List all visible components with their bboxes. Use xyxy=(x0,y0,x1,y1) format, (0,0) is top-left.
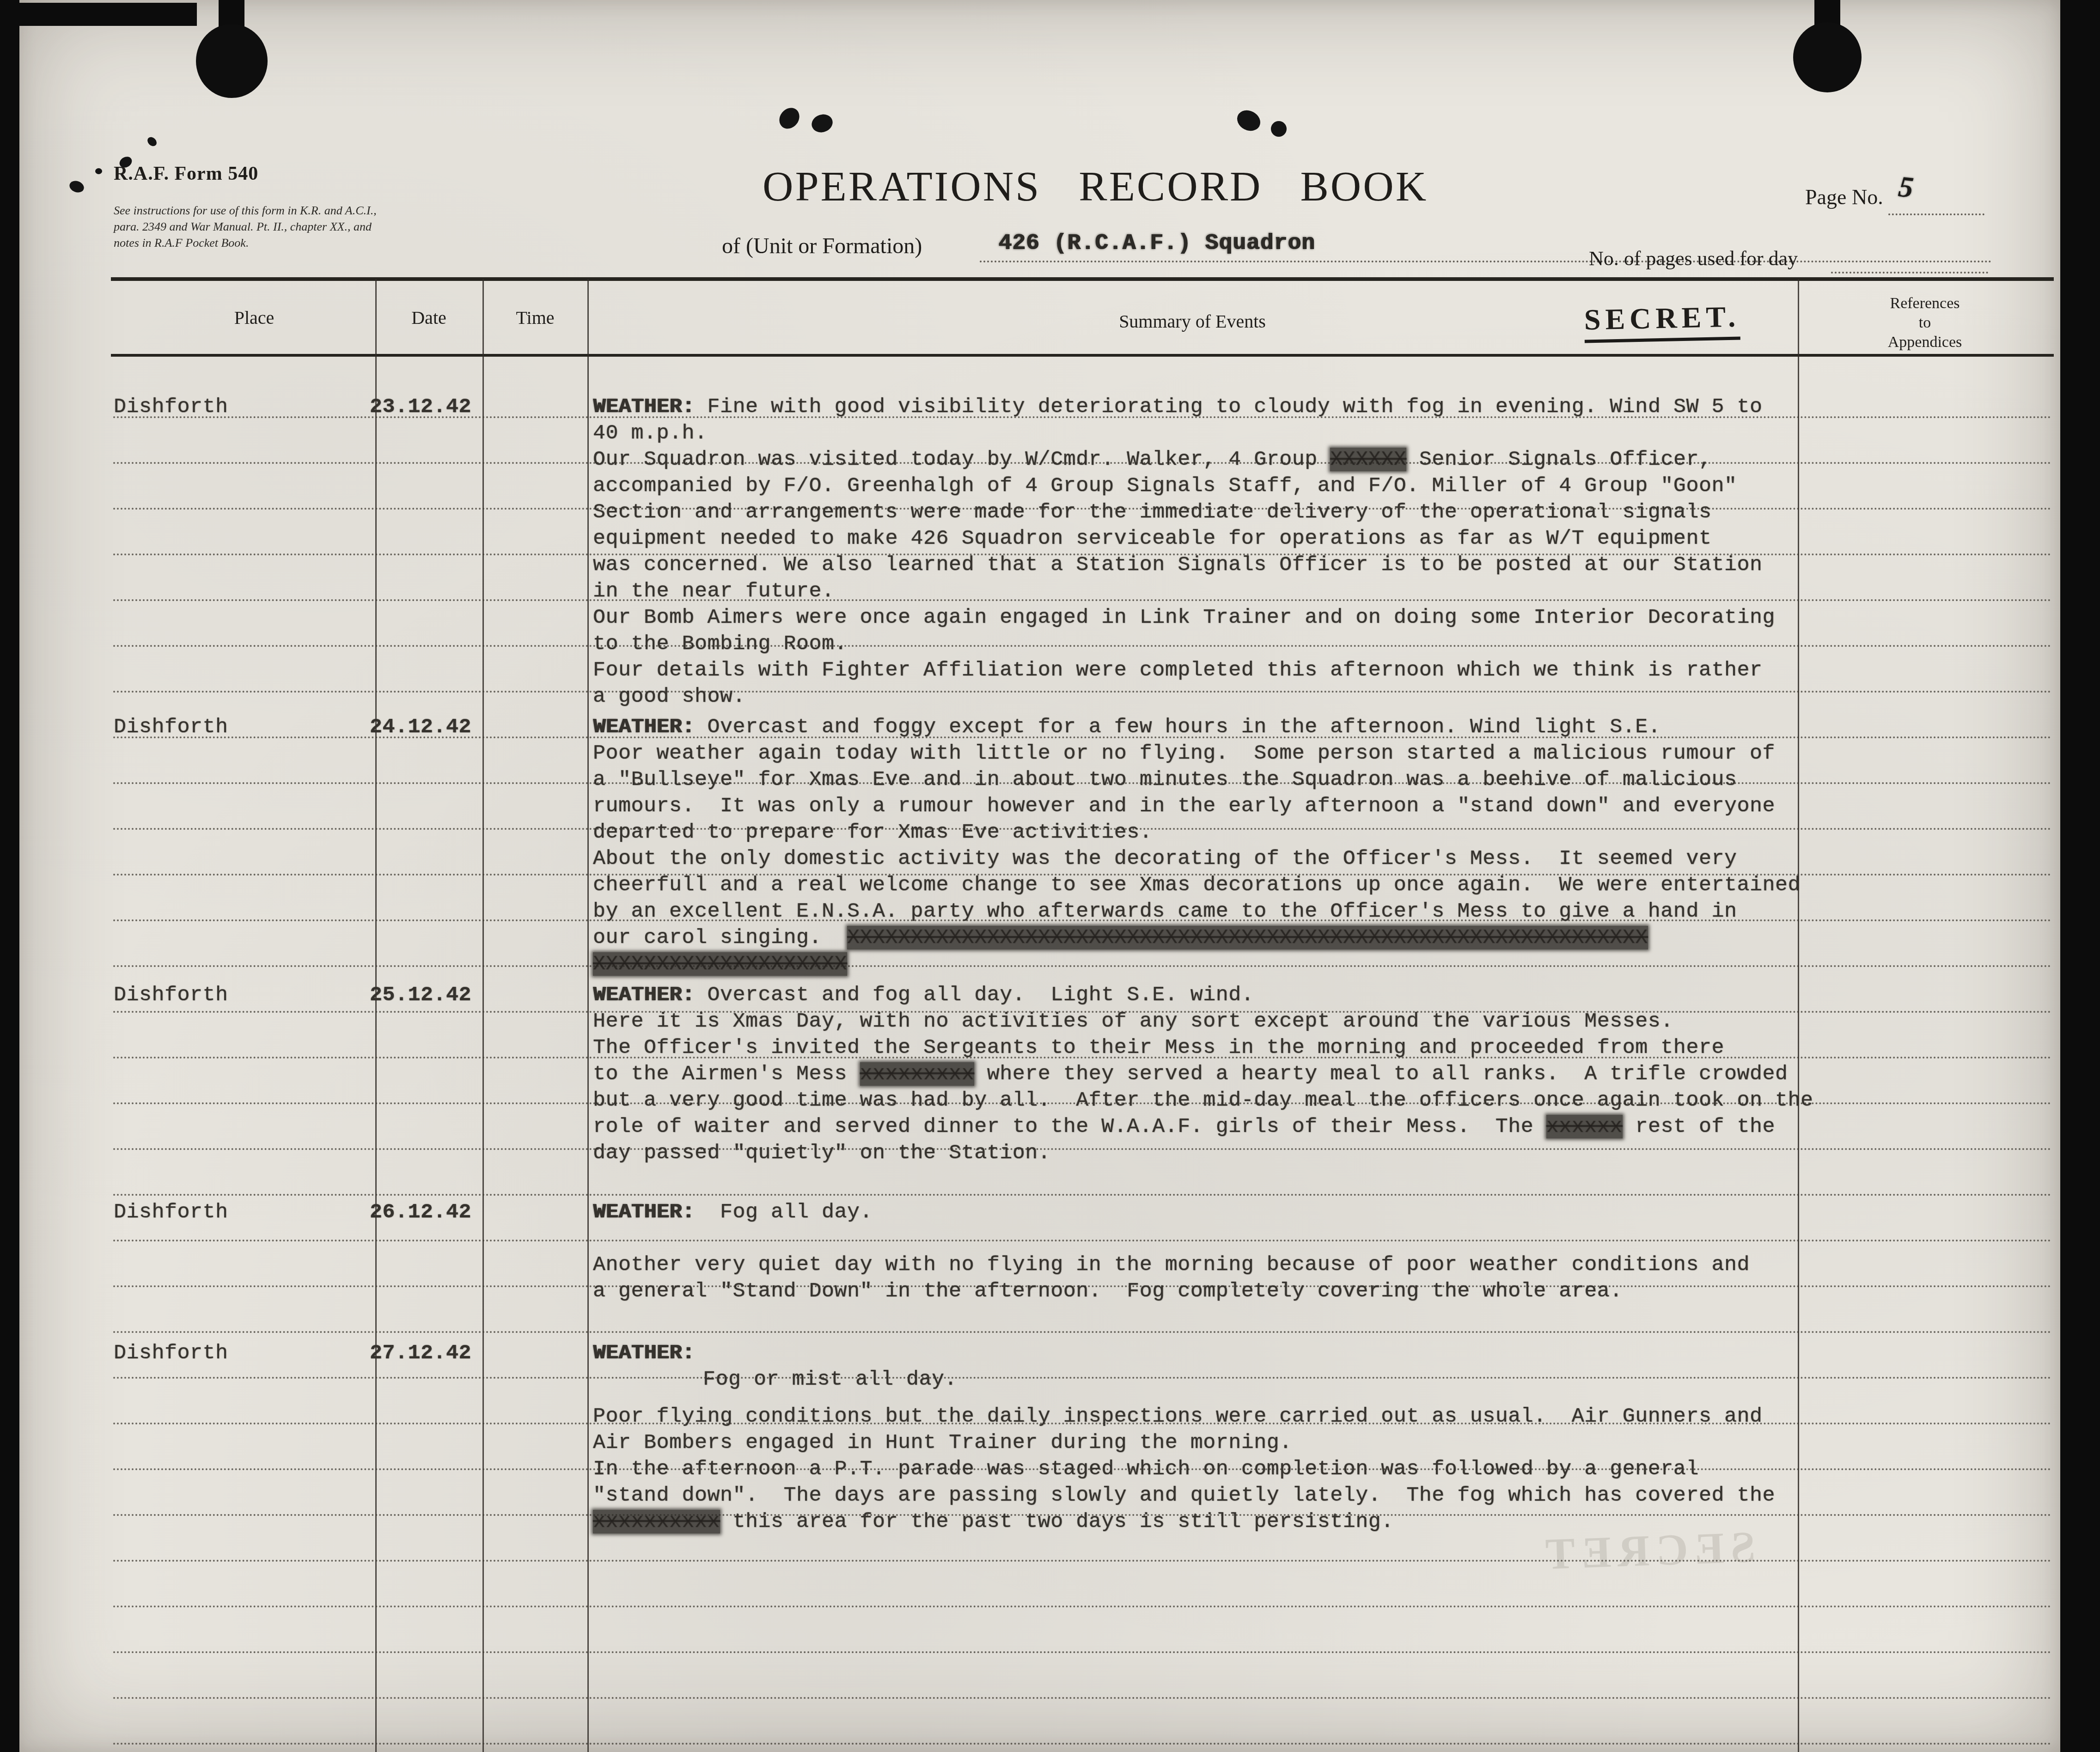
entry-line: 40 m.p.h. xyxy=(593,421,708,445)
entry-line: a general "Stand Down" in the afternoon.… xyxy=(593,1279,1623,1303)
col-divider-date-time xyxy=(482,279,484,1752)
col-divider-time-summary xyxy=(587,279,589,1752)
dotted-rule xyxy=(113,1148,2052,1150)
entry-text: in the near future. xyxy=(593,579,835,603)
ink-blot xyxy=(1271,121,1287,137)
entry-place: Dishforth xyxy=(114,1341,228,1365)
entry-date: 25.12.42 xyxy=(370,983,471,1007)
unit-leader-line xyxy=(980,261,1992,262)
entry-text: equipment needed to make 426 Squadron se… xyxy=(593,527,1711,550)
entry-line: The Officer's invited the Sergeants to t… xyxy=(593,1036,1724,1059)
entry-line: "stand down". The days are passing slowl… xyxy=(593,1484,1775,1507)
weather-label: WEATHER: xyxy=(593,395,695,419)
entry-text: Overcast and fog all day. Light S.E. win… xyxy=(695,983,1254,1007)
entry-place: Dishforth xyxy=(114,395,228,419)
entry-text: departed to prepare for Xmas Eve activit… xyxy=(593,821,1152,844)
unit-value: 426 (R.C.A.F.) Squadron xyxy=(998,231,1315,256)
entry-line: WEATHER: Fog all day. xyxy=(593,1200,873,1224)
entry-line: in the near future. xyxy=(593,579,835,603)
dotted-rule xyxy=(113,599,2052,601)
dotted-rule xyxy=(113,645,2052,647)
col-divider-summary-refs xyxy=(1798,279,1799,1752)
entry-text: cheerfull and a real welcome change to s… xyxy=(593,873,1801,897)
entry-text: to the Airmen's Mess xyxy=(593,1062,860,1086)
entry-text: Poor weather again today with little or … xyxy=(593,742,1775,765)
entry-line: Fog or mist all day. xyxy=(703,1368,957,1391)
right-edge-bar xyxy=(2060,0,2100,1752)
struck-out-text: xxxxxx xyxy=(1546,1115,1623,1138)
entry-line: Four details with Fighter Affiliation we… xyxy=(593,658,1762,682)
entry-line: our carol singing. XXXXXXXXXXXXXXXXXXXXX… xyxy=(593,926,1648,949)
entry-line: role of waiter and served dinner to the … xyxy=(593,1115,1775,1138)
weather-label: WEATHER: xyxy=(593,1341,695,1365)
entry-line: Our Bomb Aimers were once again engaged … xyxy=(593,606,1775,629)
entry-date: 23.12.42 xyxy=(370,395,471,419)
pages-used-leader xyxy=(1831,272,1988,274)
entry-date: 24.12.42 xyxy=(370,715,471,739)
entry-text: a general "Stand Down" in the afternoon.… xyxy=(593,1279,1623,1303)
entry-line: Another very quiet day with no flying in… xyxy=(593,1253,1750,1277)
col-header-place: Place xyxy=(176,307,333,328)
left-edge-bar xyxy=(0,0,19,1752)
entry-text: accompanied by F/O. Greenhalgh of 4 Grou… xyxy=(593,474,1737,498)
unit-label: of (Unit or Formation) xyxy=(722,233,922,259)
entry-line: Poor flying conditions but the daily ins… xyxy=(593,1405,1762,1428)
struck-out-text: XXXXXX xyxy=(1330,448,1406,471)
weather-label: WEATHER: xyxy=(593,1200,695,1224)
entry-line: to the Airmen's Mess xxxxxxxxx where the… xyxy=(593,1062,1788,1086)
entry-line: by an excellent E.N.S.A. party who after… xyxy=(593,900,1737,923)
struck-out-text: xxxxxxxxxx xyxy=(593,1510,720,1533)
page-title: OPERATIONS RECORD BOOK xyxy=(763,162,1428,211)
col-header-summary: Summary of Events xyxy=(1007,310,1377,332)
dotted-rule xyxy=(113,1560,2052,1562)
entry-text: "stand down". The days are passing slowl… xyxy=(593,1484,1775,1507)
struck-out-text: XXXXXXXXXXXXXXXXXXXX xyxy=(593,952,847,976)
dotted-rule xyxy=(113,691,2052,693)
entry-line: XXXXXXXXXXXXXXXXXXXX xyxy=(593,952,847,976)
struck-out-text: xxxxxxxxx xyxy=(860,1062,975,1086)
entry-text: Our Squadron was visited today by W/Cmdr… xyxy=(593,448,1330,471)
punch-hole-right xyxy=(1793,22,1862,92)
entry-line: In the afternoon a P.T. parade was stage… xyxy=(593,1457,1699,1481)
dotted-rule xyxy=(113,1743,2052,1745)
entry-line: rumours. It was only a rumour however an… xyxy=(593,794,1775,818)
col-divider-place-date xyxy=(375,279,377,1752)
entry-text: role of waiter and served dinner to the … xyxy=(593,1115,1546,1138)
entry-text: Four details with Fighter Affiliation we… xyxy=(593,658,1762,682)
entry-text: Another very quiet day with no flying in… xyxy=(593,1253,1750,1277)
weather-label: WEATHER: xyxy=(593,983,695,1007)
entry-line: departed to prepare for Xmas Eve activit… xyxy=(593,821,1152,844)
form-instructions: See instructions for use of this form in… xyxy=(114,202,668,251)
entry-text: a good show. xyxy=(593,685,745,708)
entry-text: In the afternoon a P.T. parade was stage… xyxy=(593,1457,1699,1481)
dotted-rule xyxy=(113,1377,2052,1379)
entry-text: our carol singing. xyxy=(593,926,847,949)
entry-text: Section and arrangements were made for t… xyxy=(593,500,1711,524)
entry-text: Fine with good visibility deteriorating … xyxy=(695,395,1762,419)
struck-out-text: XXXXXXXXXXXXXXXXXXXXXXXXXXXXXXXXXXXXXXXX… xyxy=(847,926,1648,949)
entry-line: Air Bombers engaged in Hunt Trainer duri… xyxy=(593,1431,1292,1454)
entry-text: The Officer's invited the Sergeants to t… xyxy=(593,1036,1724,1059)
pages-used-label: No. of pages used for day xyxy=(1589,247,1798,270)
page-no-leader xyxy=(1888,213,1984,215)
punch-hole-left xyxy=(196,24,268,98)
entry-text: Fog all day. xyxy=(695,1200,873,1224)
entry-text: Senior Signals Officer, xyxy=(1406,448,1711,471)
secret-stamp: SECRET. xyxy=(1584,299,1740,343)
entry-text: day passed "quietly" on the Station. xyxy=(593,1141,1050,1165)
page-no-label: Page No. xyxy=(1805,185,1883,209)
entry-text: to the Bombing Room. xyxy=(593,632,847,656)
top-left-bar xyxy=(16,3,197,26)
entry-line: Poor weather again today with little or … xyxy=(593,742,1775,765)
entry-line: a "Bullseye" for Xmas Eve and in about t… xyxy=(593,768,1737,791)
entry-text: Here it is Xmas Day, with no activities … xyxy=(593,1010,1673,1033)
ink-speck xyxy=(95,168,102,174)
entry-line: WEATHER: xyxy=(593,1341,695,1365)
dotted-rule xyxy=(113,1331,2052,1333)
weather-label: WEATHER: xyxy=(593,715,695,739)
entry-line: to the Bombing Room. xyxy=(593,632,847,656)
entry-text: Overcast and foggy except for a few hour… xyxy=(695,715,1660,739)
entry-line: equipment needed to make 426 Squadron se… xyxy=(593,527,1711,550)
entry-line: WEATHER: Fine with good visibility deter… xyxy=(593,395,1762,419)
entry-text: About the only domestic activity was the… xyxy=(593,847,1737,870)
secret-watermark: SECRET xyxy=(1538,1521,1756,1580)
table-top-line xyxy=(111,277,2054,281)
form-number: R.A.F. Form 540 xyxy=(114,163,258,185)
entry-text: but a very good time was had by all. Aft… xyxy=(593,1089,1813,1112)
entry-line: but a very good time was had by all. Aft… xyxy=(593,1089,1813,1112)
entry-text: rumours. It was only a rumour however an… xyxy=(593,794,1775,818)
scanned-document-page: R.A.F. Form 540 See instructions for use… xyxy=(0,0,2100,1752)
entry-text: Fog or mist all day. xyxy=(703,1368,957,1391)
entry-line: accompanied by F/O. Greenhalgh of 4 Grou… xyxy=(593,474,1737,498)
entry-text: a "Bullseye" for Xmas Eve and in about t… xyxy=(593,768,1737,791)
entry-text: rest of the xyxy=(1623,1115,1775,1138)
dotted-rule xyxy=(113,965,2052,967)
entry-place: Dishforth xyxy=(114,983,228,1007)
dotted-rule xyxy=(113,1194,2052,1196)
entry-date: 26.12.42 xyxy=(370,1200,471,1224)
entry-text: Poor flying conditions but the daily ins… xyxy=(593,1405,1762,1428)
dotted-rule xyxy=(113,1606,2052,1607)
header-bottom-line xyxy=(111,354,2054,357)
entry-line: Section and arrangements were made for t… xyxy=(593,500,1711,524)
entry-text: 40 m.p.h. xyxy=(593,421,708,445)
entry-line: WEATHER: Overcast and fog all day. Light… xyxy=(593,983,1254,1007)
entry-line: WEATHER: Overcast and foggy except for a… xyxy=(593,715,1660,739)
entry-line: a good show. xyxy=(593,685,745,708)
col-header-time: Time xyxy=(490,307,580,328)
entry-text: this area for the past two days is still… xyxy=(720,1510,1394,1533)
entry-place: Dishforth xyxy=(114,1200,228,1224)
entry-line: About the only domestic activity was the… xyxy=(593,847,1737,870)
entry-line: Here it is Xmas Day, with no activities … xyxy=(593,1010,1673,1033)
entry-date: 27.12.42 xyxy=(370,1341,471,1365)
entry-line: day passed "quietly" on the Station. xyxy=(593,1141,1050,1165)
col-header-date: Date xyxy=(383,307,475,328)
dotted-rule xyxy=(113,1240,2052,1241)
entry-text: was concerned. We also learned that a St… xyxy=(593,553,1762,577)
dotted-rule xyxy=(113,1697,2052,1699)
entry-line: cheerfull and a real welcome change to s… xyxy=(593,873,1801,897)
entry-line: Our Squadron was visited today by W/Cmdr… xyxy=(593,448,1711,471)
entry-text: by an excellent E.N.S.A. party who after… xyxy=(593,900,1737,923)
entry-text: Air Bombers engaged in Hunt Trainer duri… xyxy=(593,1431,1292,1454)
entry-text: Our Bomb Aimers were once again engaged … xyxy=(593,606,1775,629)
dotted-rule xyxy=(113,1651,2052,1653)
entry-place: Dishforth xyxy=(114,715,228,739)
entry-line: xxxxxxxxxx this area for the past two da… xyxy=(593,1510,1394,1533)
col-header-references: References to Appendices xyxy=(1821,294,2029,352)
entry-line: was concerned. We also learned that a St… xyxy=(593,553,1762,577)
entry-text: where they served a hearty meal to all r… xyxy=(974,1062,1788,1086)
